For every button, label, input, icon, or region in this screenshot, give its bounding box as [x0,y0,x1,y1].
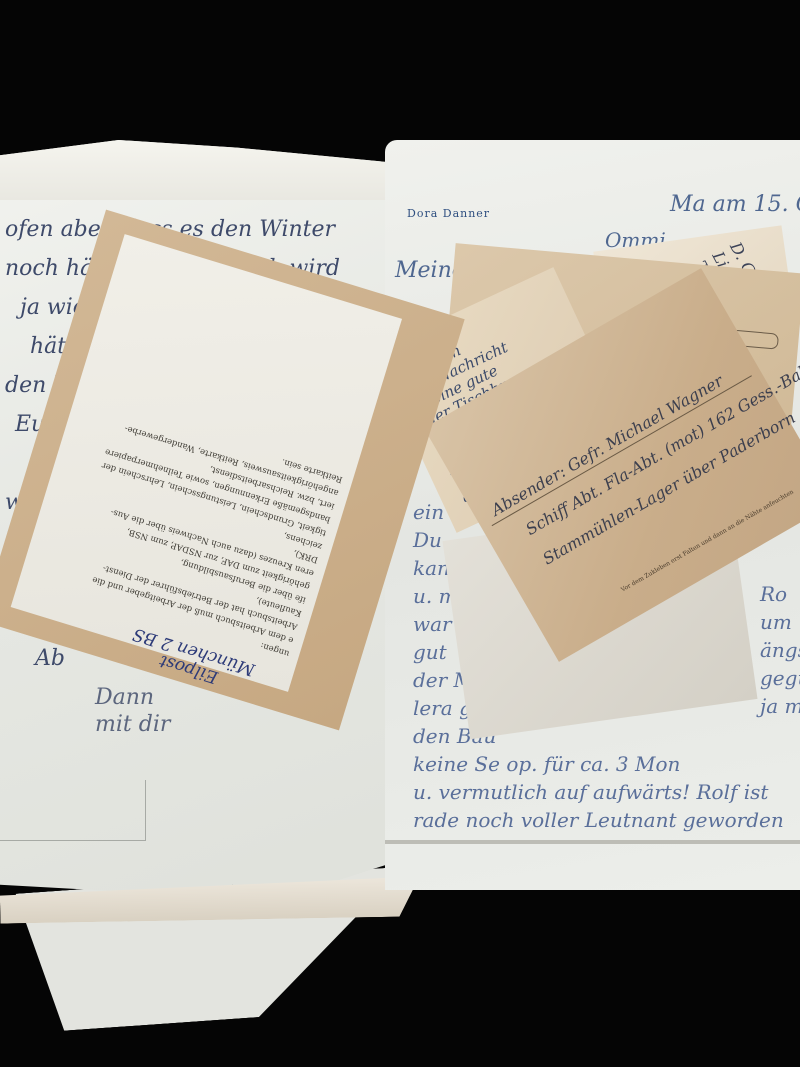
letter-fragment: ängst [760,636,800,664]
letter-line: rade noch voller Leutnant geworden [413,806,784,834]
printed-card-text: ungen: e dem Arbeitsbuch muß der Arbeitg… [29,342,360,660]
folded-bottom-edge [385,840,800,844]
letter-date-line: Ma am 15. Okt [670,192,800,217]
letter-fragment: Ro [760,580,800,608]
letter-line: u. vermutlich auf aufwärts! Rolf ist [413,778,784,806]
pencil-box-sketch [0,780,146,841]
letterhead-name: Dora Danner [407,207,490,220]
right-letter-margin-fragments: Ro um ängst gegüs ja m [760,580,800,720]
left-letter-torn-edge [0,140,395,200]
letter-fragment: ja m [760,692,800,720]
letter-fragment: um [760,608,800,636]
letter-fragment: gegüs [760,664,800,692]
letter-line: keine Se op. für ca. 3 Mon [413,750,784,778]
